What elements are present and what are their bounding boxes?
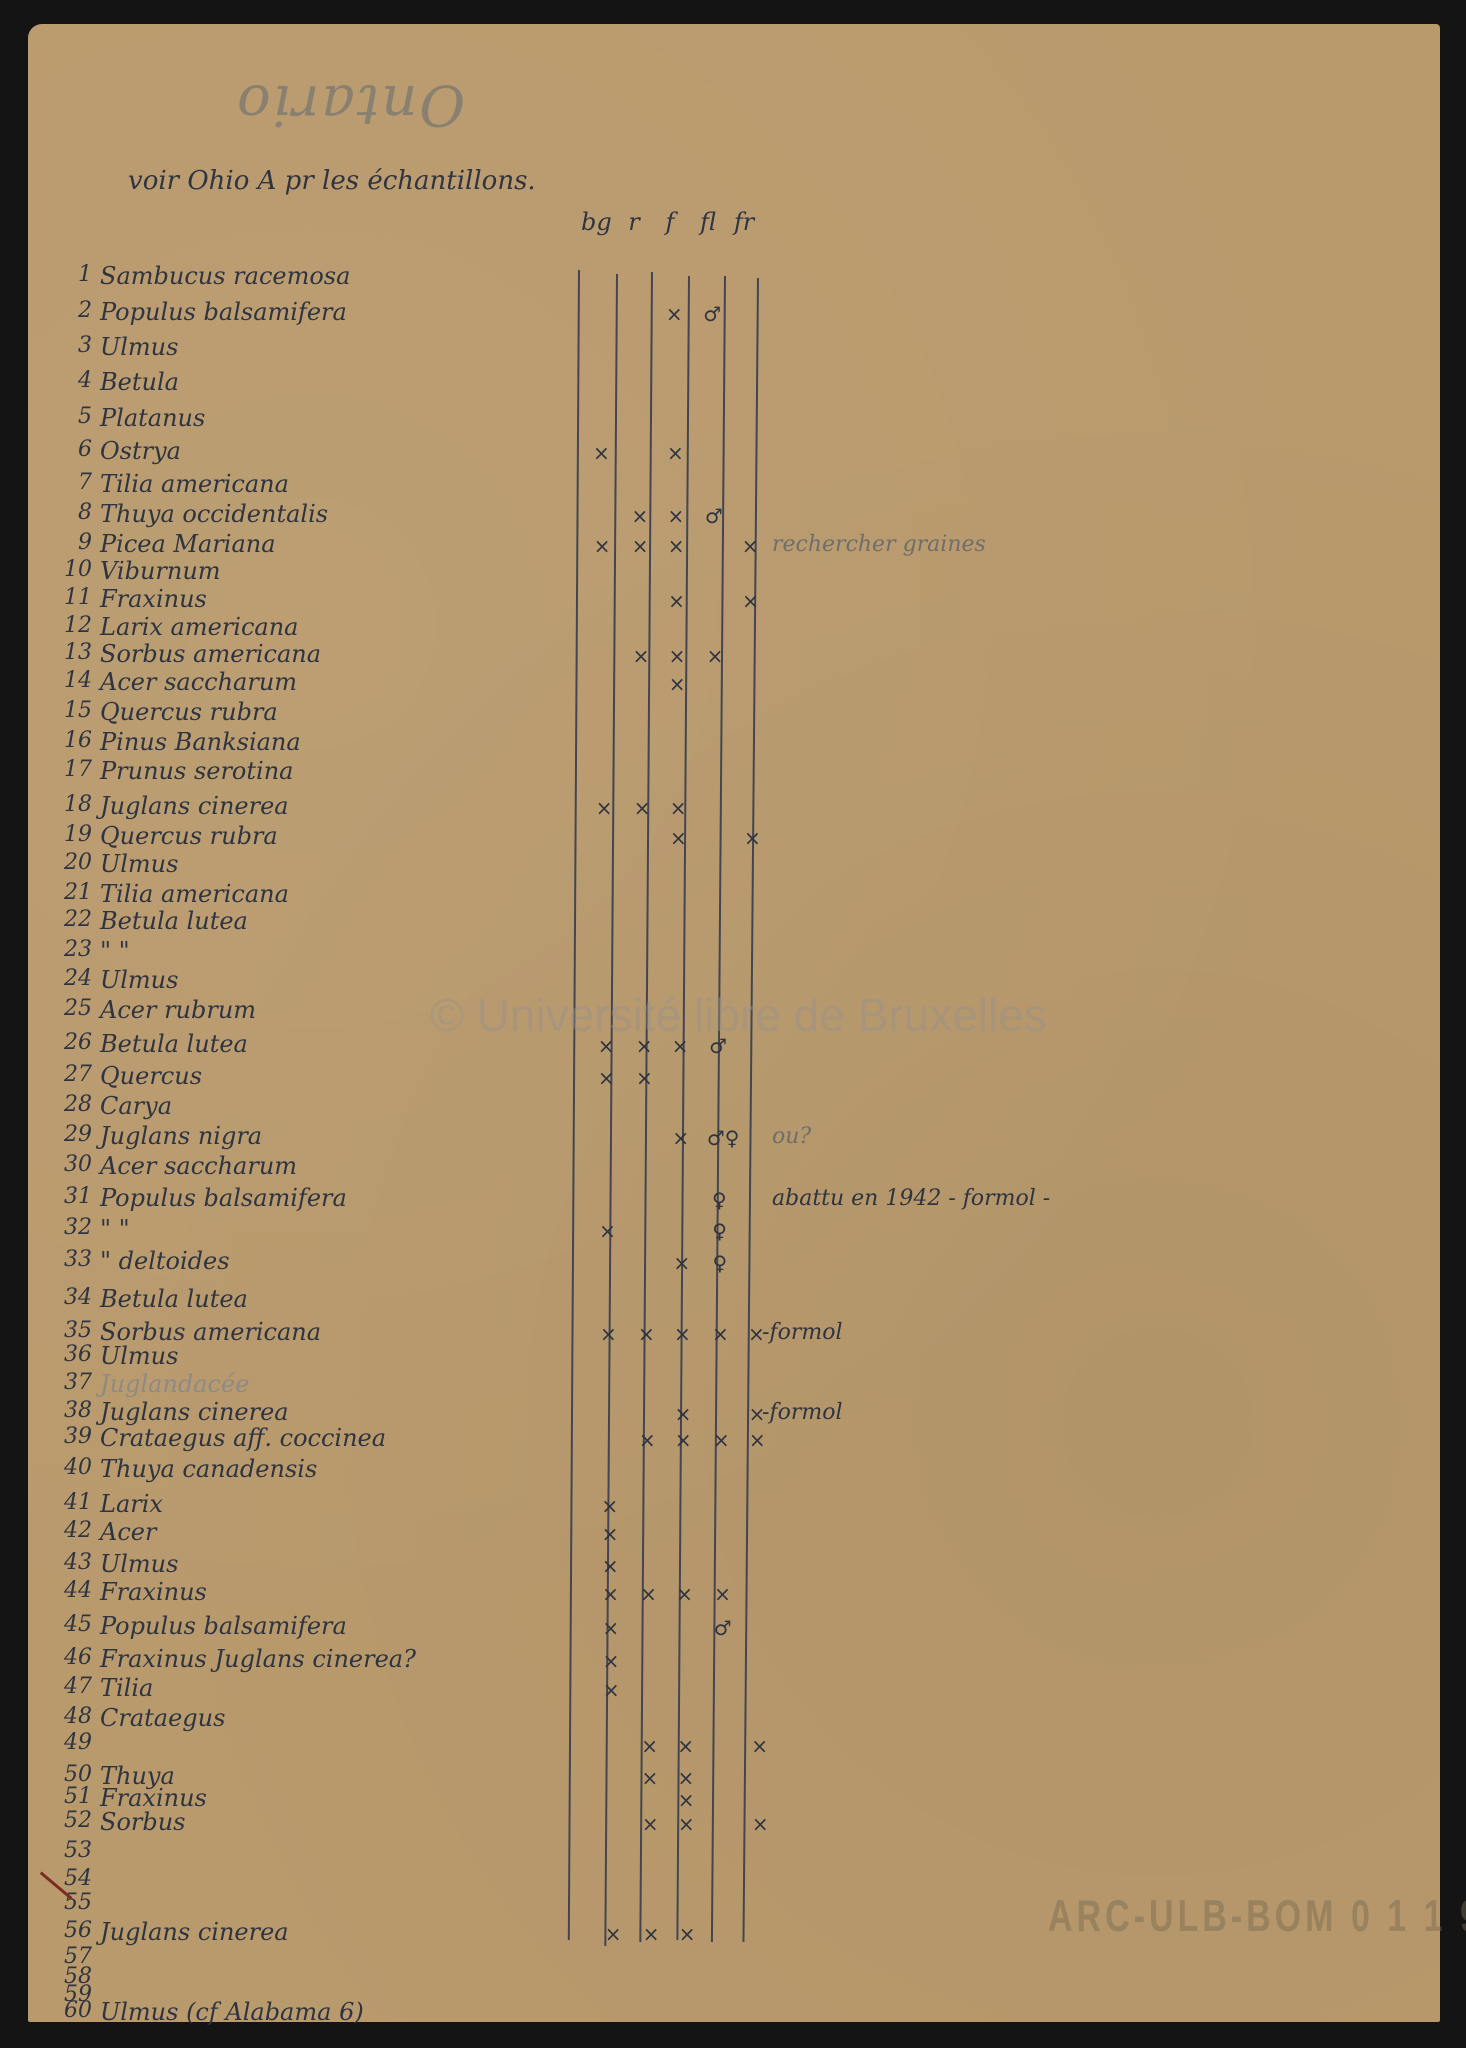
species-name: Crataegus aff. coccinea bbox=[100, 1424, 386, 1452]
row-number: 53 bbox=[52, 1838, 92, 1863]
row-number: 47 bbox=[52, 1674, 92, 1699]
mark-f: × bbox=[672, 1582, 696, 1606]
row-number: 7 bbox=[52, 470, 92, 495]
species-name: Betula lutea bbox=[100, 1285, 248, 1313]
mark-bg: × bbox=[598, 1582, 622, 1606]
mark-f: × bbox=[674, 1812, 698, 1836]
species-name: Juglans cinerea bbox=[100, 792, 289, 820]
species-name: Ulmus bbox=[100, 1342, 178, 1370]
mark-bg: × bbox=[598, 1522, 622, 1546]
archive-stamp: ARC-ULB-BOM 0 1 1 9 5 bbox=[1048, 1892, 1466, 1943]
copyright-watermark: © Université libre de Bruxelles bbox=[430, 988, 1047, 1042]
mark-fr: × bbox=[738, 534, 762, 558]
row-number: 3 bbox=[52, 333, 92, 358]
mark-bg: × bbox=[599, 1678, 623, 1702]
mark-r: × bbox=[634, 1322, 658, 1346]
row-number: 2 bbox=[52, 298, 92, 323]
row-number: 16 bbox=[52, 728, 92, 753]
mark-r: × bbox=[628, 534, 652, 558]
mark-bg: × bbox=[598, 1494, 622, 1518]
row-number: 9 bbox=[52, 530, 92, 555]
column-header-fr: fr bbox=[729, 208, 759, 236]
row-number: 52 bbox=[52, 1808, 92, 1833]
mark-fl: ♂ bbox=[702, 504, 726, 528]
row-number: 13 bbox=[52, 640, 92, 665]
mark-bg: × bbox=[590, 534, 614, 558]
species-name: Fraxinus bbox=[100, 1578, 207, 1606]
species-name: Juglans nigra bbox=[100, 1122, 262, 1150]
mark-fl: × bbox=[709, 1428, 733, 1452]
row-number: 48 bbox=[52, 1704, 92, 1729]
mark-bg: × bbox=[601, 1922, 625, 1946]
species-name: Larix bbox=[100, 1490, 163, 1518]
mark-r: × bbox=[638, 1734, 662, 1758]
mark-f: × bbox=[671, 1428, 695, 1452]
species-name: Ulmus bbox=[100, 850, 178, 878]
mark-fr: × bbox=[739, 589, 763, 613]
mark-f: × bbox=[665, 589, 689, 613]
row-number: 42 bbox=[52, 1518, 92, 1543]
species-name: Larix americana bbox=[100, 613, 299, 641]
species-name: Platanus bbox=[100, 404, 205, 432]
species-name: Sambucus racemosa bbox=[100, 262, 350, 290]
row-number: 22 bbox=[52, 907, 92, 932]
mark-fl: × bbox=[710, 1582, 734, 1606]
row-number: 19 bbox=[52, 822, 92, 847]
row-number: 10 bbox=[52, 557, 92, 582]
mark-bg: × bbox=[596, 1219, 620, 1243]
row-number: 33 bbox=[52, 1247, 92, 1272]
row-number: 32 bbox=[52, 1215, 92, 1240]
mark-f: × bbox=[665, 672, 689, 696]
mark-r: × bbox=[638, 1766, 662, 1790]
mark-fl: × bbox=[708, 1322, 732, 1346]
mark-r: × bbox=[629, 644, 653, 668]
mark-f: × bbox=[675, 1922, 699, 1946]
mark-bg: × bbox=[592, 796, 616, 820]
mark-f: × bbox=[665, 644, 689, 668]
species-name: Crataegus bbox=[100, 1704, 225, 1732]
row-number: 41 bbox=[52, 1490, 92, 1515]
row-number: 23 bbox=[52, 937, 92, 962]
species-name: Carya bbox=[100, 1092, 172, 1120]
mark-f: × bbox=[674, 1766, 698, 1790]
mark-bg: × bbox=[596, 1322, 620, 1346]
row-number: 26 bbox=[52, 1030, 92, 1055]
mark-fr: × bbox=[748, 1734, 772, 1758]
row-number: 46 bbox=[52, 1645, 92, 1670]
species-name: Quercus rubra bbox=[100, 698, 278, 726]
mark-fl: ♂ bbox=[700, 302, 724, 326]
mark-f: × bbox=[674, 1788, 698, 1812]
species-name: Prunus serotina bbox=[100, 757, 293, 785]
species-name: Juglans cinerea bbox=[100, 1398, 289, 1426]
mark-fl: ♀ bbox=[708, 1219, 732, 1243]
row-number: 5 bbox=[52, 404, 92, 429]
species-name: Fraxinus Juglans cinerea? bbox=[100, 1645, 416, 1673]
row-number: 20 bbox=[52, 850, 92, 875]
mark-f: × bbox=[674, 1734, 698, 1758]
row-number: 37 bbox=[52, 1370, 92, 1395]
species-name: " deltoides bbox=[100, 1247, 230, 1275]
species-name: Betula lutea bbox=[100, 1030, 248, 1058]
species-name: Betula bbox=[100, 368, 179, 396]
species-name: Sorbus americana bbox=[100, 640, 321, 668]
column-header-r: r bbox=[619, 208, 649, 236]
mark-bg: × bbox=[589, 441, 613, 465]
mark-f: × bbox=[669, 1126, 693, 1150]
annotation-note: ou? bbox=[772, 1124, 811, 1149]
mark-fl: ♂ bbox=[711, 1616, 735, 1640]
row-number: 60 bbox=[52, 1998, 92, 2023]
species-name: Juglans cinerea bbox=[100, 1918, 289, 1946]
species-name: Ostrya bbox=[100, 437, 181, 465]
mark-r: × bbox=[638, 1812, 662, 1836]
row-number: 11 bbox=[52, 585, 92, 610]
row-number: 29 bbox=[52, 1122, 92, 1147]
mark-bg: × bbox=[594, 1066, 618, 1090]
row-number: 51 bbox=[52, 1784, 92, 1809]
mark-r: × bbox=[635, 1428, 659, 1452]
species-name: Populus balsamifera bbox=[100, 1612, 347, 1640]
column-header-bg: bg bbox=[581, 208, 611, 236]
row-number: 55 bbox=[52, 1890, 92, 1915]
instruction-line: voir Ohio A pr les échantillons. bbox=[128, 166, 536, 196]
species-name: Thuya canadensis bbox=[100, 1455, 317, 1483]
species-name: Acer saccharum bbox=[100, 668, 297, 696]
row-number: 56 bbox=[52, 1918, 92, 1943]
species-name: Populus balsamifera bbox=[100, 1184, 347, 1212]
row-number: 1 bbox=[52, 262, 92, 287]
mark-bg: × bbox=[599, 1616, 623, 1640]
species-name: Tilia americana bbox=[100, 880, 289, 908]
species-name: Ulmus bbox=[100, 333, 178, 361]
mark-f: × bbox=[664, 504, 688, 528]
row-number: 38 bbox=[52, 1398, 92, 1423]
mark-r: × bbox=[636, 1582, 660, 1606]
mark-f: × bbox=[662, 302, 686, 326]
species-name: Populus balsamifera bbox=[100, 298, 347, 326]
species-name: " " bbox=[100, 937, 130, 965]
mark-bg: × bbox=[598, 1554, 622, 1578]
column-header-f: f bbox=[655, 208, 685, 236]
species-name: Fraxinus bbox=[100, 585, 207, 613]
row-number: 14 bbox=[52, 668, 92, 693]
mark-bg: × bbox=[599, 1649, 623, 1673]
species-name: Picea Mariana bbox=[100, 530, 276, 558]
mark-fl: ♀ bbox=[708, 1251, 732, 1275]
mark-f: × bbox=[664, 534, 688, 558]
annotation-note: -formol bbox=[762, 1400, 842, 1425]
annotation-note: abattu en 1942 - formol - bbox=[772, 1186, 1050, 1211]
species-name: Thuya occidentalis bbox=[100, 500, 328, 528]
mark-r: × bbox=[632, 1066, 656, 1090]
row-number: 45 bbox=[52, 1612, 92, 1637]
row-number: 35 bbox=[52, 1318, 92, 1343]
mark-fr: × bbox=[740, 826, 764, 850]
species-name: Ulmus (cf Alabama 6) bbox=[100, 1998, 364, 2026]
row-number: 24 bbox=[52, 966, 92, 991]
row-number: 43 bbox=[52, 1550, 92, 1575]
species-name: Viburnum bbox=[100, 557, 221, 585]
species-name: Sorbus bbox=[100, 1808, 186, 1836]
mark-fl: × bbox=[703, 644, 727, 668]
mark-f: × bbox=[670, 1322, 694, 1346]
species-name: Acer saccharum bbox=[100, 1152, 297, 1180]
species-name: Tilia bbox=[100, 1674, 153, 1702]
row-number: 44 bbox=[52, 1578, 92, 1603]
mark-fr: × bbox=[745, 1428, 769, 1452]
row-number: 12 bbox=[52, 613, 92, 638]
mark-fl: ♂♀ bbox=[707, 1126, 731, 1150]
row-number: 6 bbox=[52, 437, 92, 462]
species-name: Quercus bbox=[100, 1062, 202, 1090]
species-name: Acer rubrum bbox=[100, 996, 256, 1024]
species-name: Tilia americana bbox=[100, 470, 289, 498]
row-number: 30 bbox=[52, 1152, 92, 1177]
row-number: 31 bbox=[52, 1184, 92, 1209]
mark-r: × bbox=[639, 1922, 663, 1946]
species-name: Acer bbox=[100, 1518, 156, 1546]
row-number: 34 bbox=[52, 1285, 92, 1310]
species-name: " " bbox=[100, 1215, 130, 1243]
row-number: 36 bbox=[52, 1342, 92, 1367]
mark-f: × bbox=[670, 1251, 694, 1275]
pencil-title-upside-down: Ontario bbox=[235, 72, 465, 137]
annotation-note: rechercher graines bbox=[772, 532, 986, 557]
species-name: Pinus Banksiana bbox=[100, 728, 301, 756]
mark-r: × bbox=[628, 504, 652, 528]
species-name: Juglandacée bbox=[100, 1370, 249, 1398]
row-number: 21 bbox=[52, 880, 92, 905]
mark-f: × bbox=[666, 796, 690, 820]
row-number: 39 bbox=[52, 1424, 92, 1449]
row-number: 18 bbox=[52, 792, 92, 817]
mark-fr: × bbox=[748, 1812, 772, 1836]
row-number: 27 bbox=[52, 1062, 92, 1087]
species-name: Quercus rubra bbox=[100, 822, 278, 850]
mark-f: × bbox=[671, 1402, 695, 1426]
row-number: 25 bbox=[52, 996, 92, 1021]
species-name: Betula lutea bbox=[100, 907, 248, 935]
row-number: 49 bbox=[52, 1730, 92, 1755]
mark-f: × bbox=[663, 441, 687, 465]
row-number: 28 bbox=[52, 1092, 92, 1117]
column-header-fl: fl bbox=[693, 208, 723, 236]
mark-f: × bbox=[666, 826, 690, 850]
species-name: Ulmus bbox=[100, 1550, 178, 1578]
annotation-note: -formol bbox=[762, 1320, 842, 1345]
row-number: 40 bbox=[52, 1455, 92, 1480]
row-number: 8 bbox=[52, 500, 92, 525]
mark-fl: ♀ bbox=[707, 1188, 731, 1212]
mark-r: × bbox=[630, 796, 654, 820]
species-name: Ulmus bbox=[100, 966, 178, 994]
row-number: 17 bbox=[52, 757, 92, 782]
row-number: 15 bbox=[52, 698, 92, 723]
row-number: 4 bbox=[52, 368, 92, 393]
